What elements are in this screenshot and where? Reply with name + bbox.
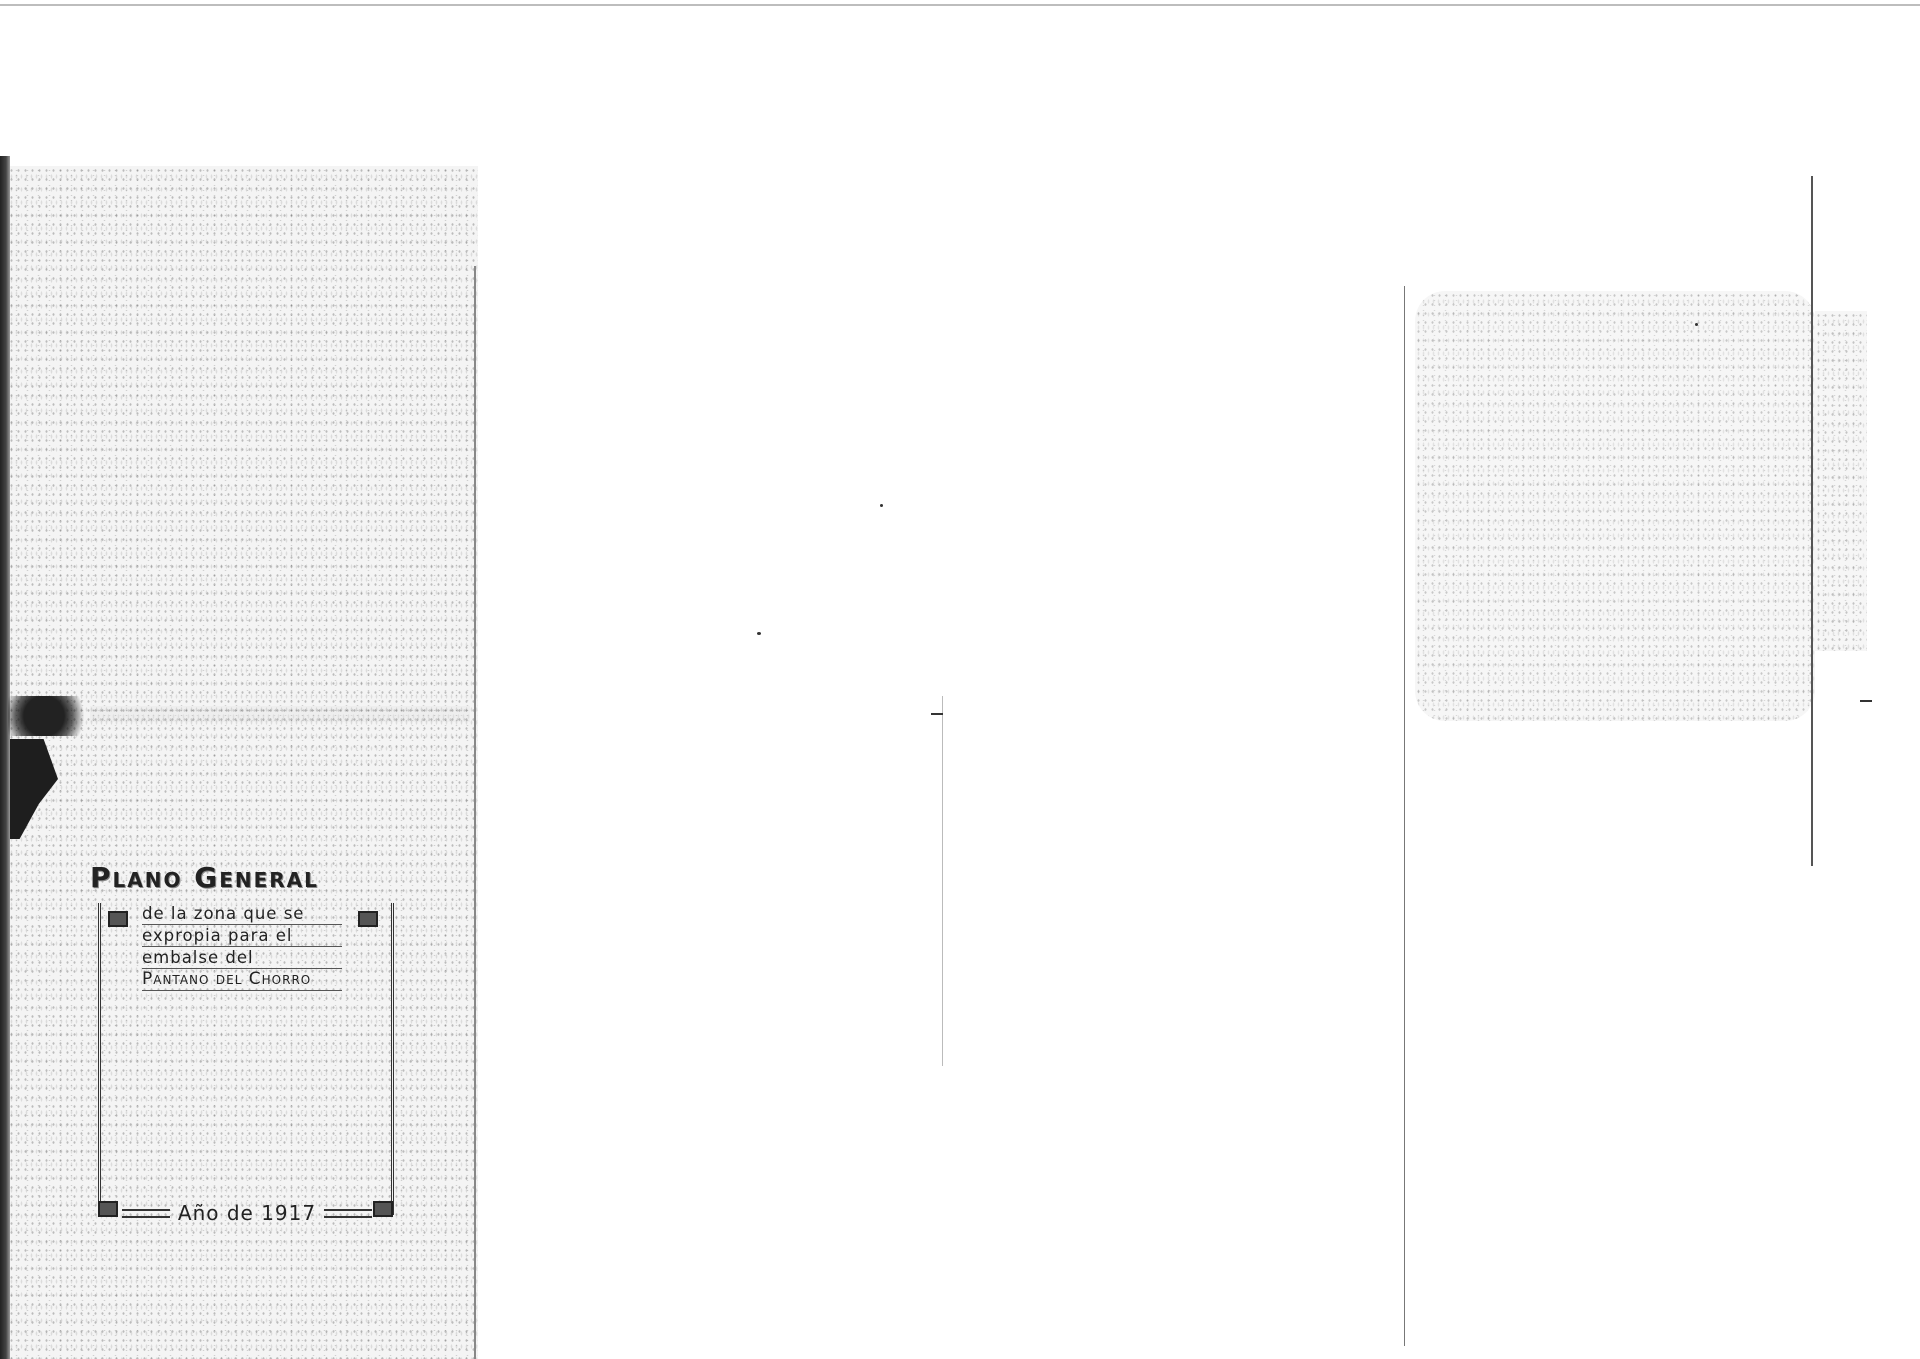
map-year: Año de 1917 <box>178 1201 316 1225</box>
subtitle-line-place: Pantano del Chorro <box>142 969 342 991</box>
speck <box>880 504 883 507</box>
year-row: Año de 1917 <box>122 1201 372 1225</box>
title-cartouche: Plano General de la zona que se expropia… <box>90 861 400 894</box>
subtitle-line: de la zona que se <box>142 903 342 925</box>
tear-mark <box>8 696 98 736</box>
fold-line <box>1404 286 1405 1346</box>
ornament-icon <box>98 1201 118 1217</box>
subtitle-line: expropia para el <box>142 925 342 947</box>
binding-edge <box>0 156 10 1359</box>
speck <box>1695 323 1698 326</box>
horizontal-fold <box>90 706 470 722</box>
speck <box>1860 700 1872 702</box>
fold-line <box>474 266 476 1359</box>
subtitle-line: embalse del <box>142 947 342 969</box>
speck <box>757 632 761 635</box>
speck <box>931 713 943 715</box>
ornament-icon <box>373 1201 393 1217</box>
map-title: Plano General <box>90 861 400 894</box>
stain-region <box>1415 291 1815 721</box>
scanned-map-sheet: Plano General de la zona que se expropia… <box>0 6 1920 1359</box>
double-rule <box>324 1209 372 1218</box>
fold-line <box>942 696 943 1066</box>
ornament-icon <box>358 911 378 927</box>
ornament-icon <box>108 911 128 927</box>
stain-region-edge <box>1815 311 1867 651</box>
double-rule <box>122 1209 170 1218</box>
map-subtitle: de la zona que se expropia para el embal… <box>142 903 342 991</box>
fold-line <box>1811 176 1813 866</box>
